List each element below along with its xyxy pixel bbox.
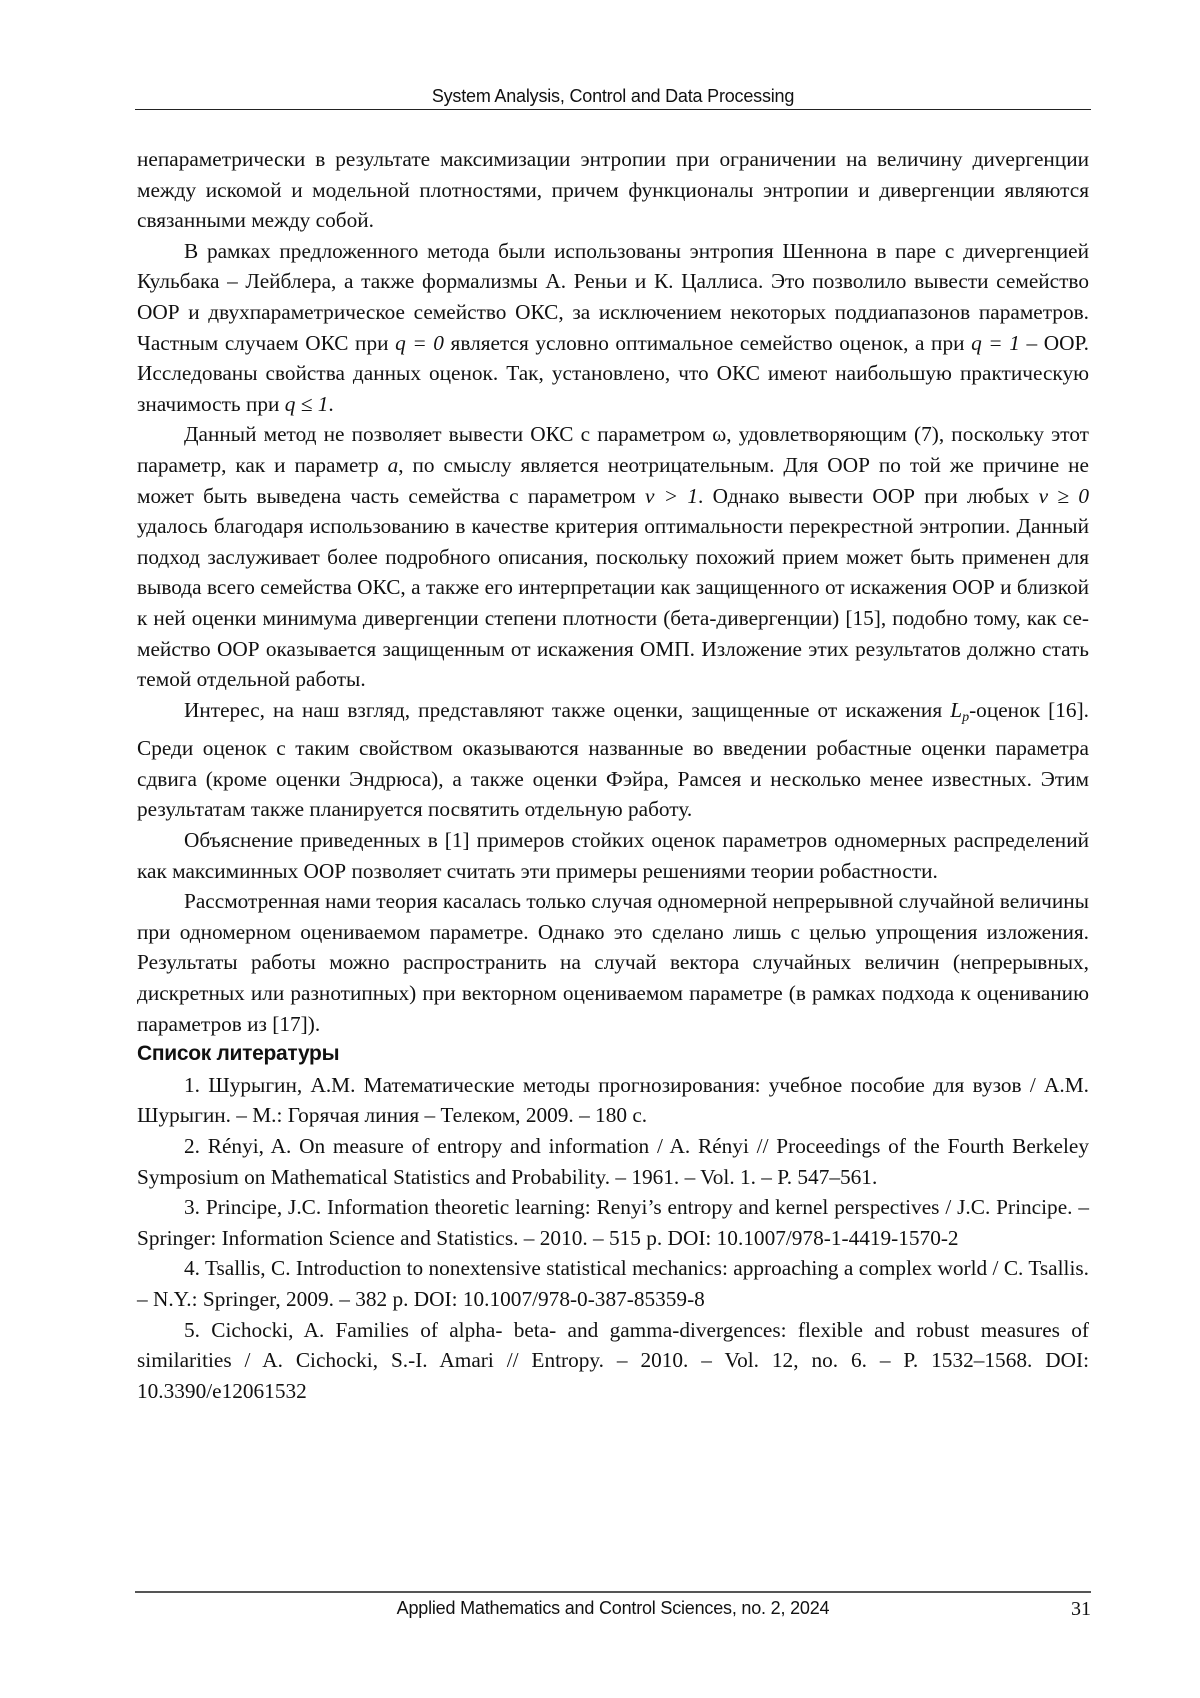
reference-item: 5. Cichocki, A. Families of alpha- beta-… <box>137 1315 1089 1407</box>
reference-item: 3. Principe, J.C. Information theoretic … <box>137 1192 1089 1253</box>
journal-name: Applied Mathematics and Control Sciences… <box>135 1598 1091 1619</box>
header-rule <box>135 109 1091 110</box>
footer-rule <box>135 1591 1091 1593</box>
paragraph-1: непараметрически в результате максимизац… <box>137 144 1089 236</box>
paper-page: System Analysis, Control and Data Proces… <box>0 0 1200 1698</box>
paragraph-4: Интерес, на наш взгляд, представляют так… <box>137 695 1089 825</box>
paragraph-3: Данный метод не позволяет вывести ОКС с … <box>137 419 1089 694</box>
paragraph-2: В рамках предложенного метода были испол… <box>137 236 1089 420</box>
references-heading: Список литературы <box>137 1039 1089 1070</box>
page-number: 31 <box>1071 1598 1091 1621</box>
body-text: непараметрически в результате максимизац… <box>137 144 1089 1406</box>
formula-nu-ge-0: ν ≥ 0 <box>1039 484 1089 508</box>
formula-nu-gt-1: ν > 1 <box>645 484 698 508</box>
reference-item: 1. Шурыгин, А.М. Математические методы п… <box>137 1070 1089 1131</box>
reference-item: 4. Tsallis, C. Introduction to nonextens… <box>137 1253 1089 1314</box>
paragraph-6: Рассмотренная нами теория касалась тольк… <box>137 886 1089 1039</box>
reference-item: 2. Rényi, A. On measure of entropy and i… <box>137 1131 1089 1192</box>
symbol-a: a <box>388 453 399 477</box>
running-header: System Analysis, Control and Data Proces… <box>135 86 1091 107</box>
reference-list: 1. Шурыгин, А.М. Математические методы п… <box>137 1070 1089 1407</box>
formula-q-eq-0: q = 0 <box>395 331 444 355</box>
formula-q-le-1: q ≤ 1 <box>285 392 329 416</box>
paragraph-5: Объяснение приведенных в [1] примеров ст… <box>137 825 1089 886</box>
page-footer: Applied Mathematics and Control Sciences… <box>135 1598 1091 1622</box>
formula-q-eq-1: q = 1 <box>971 331 1020 355</box>
symbol-lp: Lp <box>950 698 969 722</box>
